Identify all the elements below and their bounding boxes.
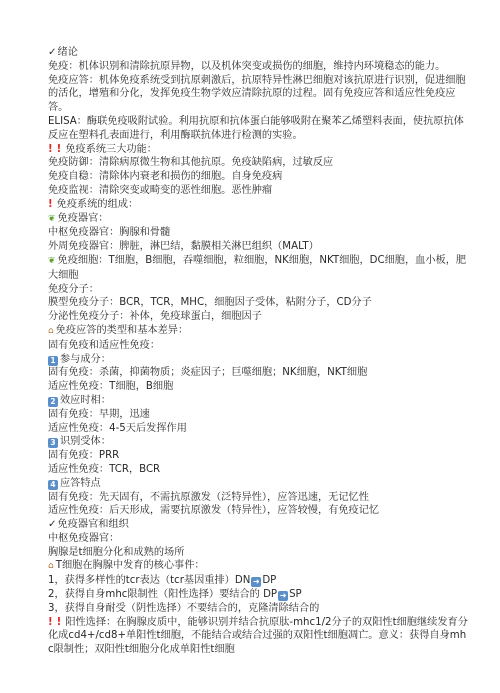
adaptive-row: 适应性免疫：TCR，BCR	[48, 463, 468, 477]
section-heading-composition: !免疫系统的组成：	[48, 198, 468, 212]
document-body: ✓绪论 免疫：机体识别和清除抗原异物，以及机体突变或损伤的细胞，维持内环境稳态的…	[48, 46, 468, 657]
exclamation-icon: !	[57, 616, 62, 630]
membrane-molecules: 膜型免疫分子：BCR，TCR，MHC，细胞因子受体，粘附分子，CD分子	[48, 296, 468, 310]
molecules-heading: 免疫分子：	[48, 283, 468, 297]
function-surveillance: 免疫监视：清除突变或畸变的恶性细胞。恶性肿瘤	[48, 184, 468, 198]
definition-immune-response: 免疫应答：机体免疫系统受到抗原刺激后，抗原特异性淋巴细胞对该抗原进行识别，促进细…	[48, 74, 468, 115]
event-1: 1，获得多样性的tcr表达（tcr基因重排）DN➜DP	[48, 574, 468, 588]
immune-cells: ❦免疫细胞：T细胞，B细胞，吞噬细胞，粒细胞，NK细胞，NKT细胞，DC细胞，血…	[48, 254, 468, 283]
peripheral-organs: 外周免疫器官：脾脏，淋巴结，黏膜相关淋巴组织（MALT）	[48, 240, 468, 254]
check-icon: ✓	[48, 47, 57, 58]
section-heading-organs-tissues: ✓免疫器官和组织	[48, 518, 468, 532]
central-organs: 中枢免疫器官：胸腺和骨髓	[48, 226, 468, 240]
exclamation-icon: !	[48, 616, 53, 630]
central-organs-label: 中枢免疫器官：	[48, 532, 468, 546]
leaf-icon: ❦	[48, 213, 56, 227]
positive-selection: !!阳性选择：在胸腺皮质中，能够识别并结合抗原肽-mhc1/2分子的双阳性t细胞…	[48, 616, 468, 657]
innate-row: 固有免疫：杀菌，抑菌物质；炎症因子；巨噬细胞；NK细胞，NKT细胞	[48, 366, 468, 380]
keycap-3-icon: 3	[48, 438, 58, 448]
adaptive-row: 适应性免疫：T细胞，B细胞	[48, 380, 468, 394]
event-3: 3，获得自身耐受（阴性选择）不要结合的，克隆清除结合的	[48, 602, 468, 616]
adaptive-row: 适应性免疫：4-5天后发挥作用	[48, 422, 468, 436]
keycap-1-icon: 1	[48, 356, 58, 366]
arrow-right-icon: ➜	[278, 591, 288, 601]
innate-row: 固有免疫：PRR	[48, 449, 468, 463]
house-icon: ⌂	[48, 560, 54, 574]
event-2: 2，获得自身mhc限制性（阳性选择）要结合的 DP➜SP	[48, 588, 468, 602]
keycap-2-icon: 2	[48, 397, 58, 407]
secreted-molecules: 分泌性免疫分子：补体，免疫球蛋白，细胞因子	[48, 310, 468, 324]
function-defense: 免疫防御：清除病原微生物和其他抗原。免疫缺陷病，过敏反应	[48, 156, 468, 170]
exclamation-icon: !	[48, 198, 53, 212]
adaptive-row: 适应性免疫：后天形成，需要抗原激发（特异性），应答较慢，有免疫记忆	[48, 504, 468, 518]
keycap-4-icon: 4	[48, 480, 58, 490]
thymus-line: 胸腺是t细胞分化和成熟的场所	[48, 546, 468, 560]
innate-row: 固有免疫：早期，迅速	[48, 408, 468, 422]
item-heading-4: 4应答特点	[48, 477, 468, 491]
section-heading-functions: !!免疫系统三大功能：	[48, 143, 468, 157]
organs-heading: ❦免疫器官：	[48, 212, 468, 227]
exclamation-icon: !	[48, 143, 53, 157]
section-heading-response-types: ⌂免疫应答的类型和基本差异：	[48, 324, 468, 339]
leaf-icon: ❦	[48, 255, 56, 269]
core-events-heading: ⌂T细胞在胸腺中发育的核心事件：	[48, 559, 468, 574]
definition-elisa: ELISA：酶联免疫吸附试验。利用抗原和抗体蛋白能够吸附在聚苯乙烯塑料表面，使抗…	[48, 115, 468, 143]
arrow-right-icon: ➜	[251, 577, 261, 587]
innate-row: 固有免疫：先天固有，不需抗原激发（泛特异性），应答迅速，无记忆性	[48, 491, 468, 505]
function-homeostasis: 免疫自稳：清除体内衰老和损伤的细胞。自身免疫病	[48, 170, 468, 184]
definition-immunity: 免疫：机体识别和清除抗原异物，以及机体突变或损伤的细胞，维持内环境稳态的能力。	[48, 60, 468, 74]
house-icon: ⌂	[48, 325, 54, 339]
item-heading-1: 1参与成分：	[48, 353, 468, 367]
exclamation-icon: !	[57, 143, 62, 157]
response-subheading: 固有免疫和适应性免疫：	[48, 339, 468, 353]
check-icon: ✓	[48, 519, 57, 530]
item-heading-3: 3识别受体：	[48, 435, 468, 449]
item-heading-2: 2效应时相：	[48, 394, 468, 408]
section-heading-intro: ✓绪论	[48, 46, 468, 60]
